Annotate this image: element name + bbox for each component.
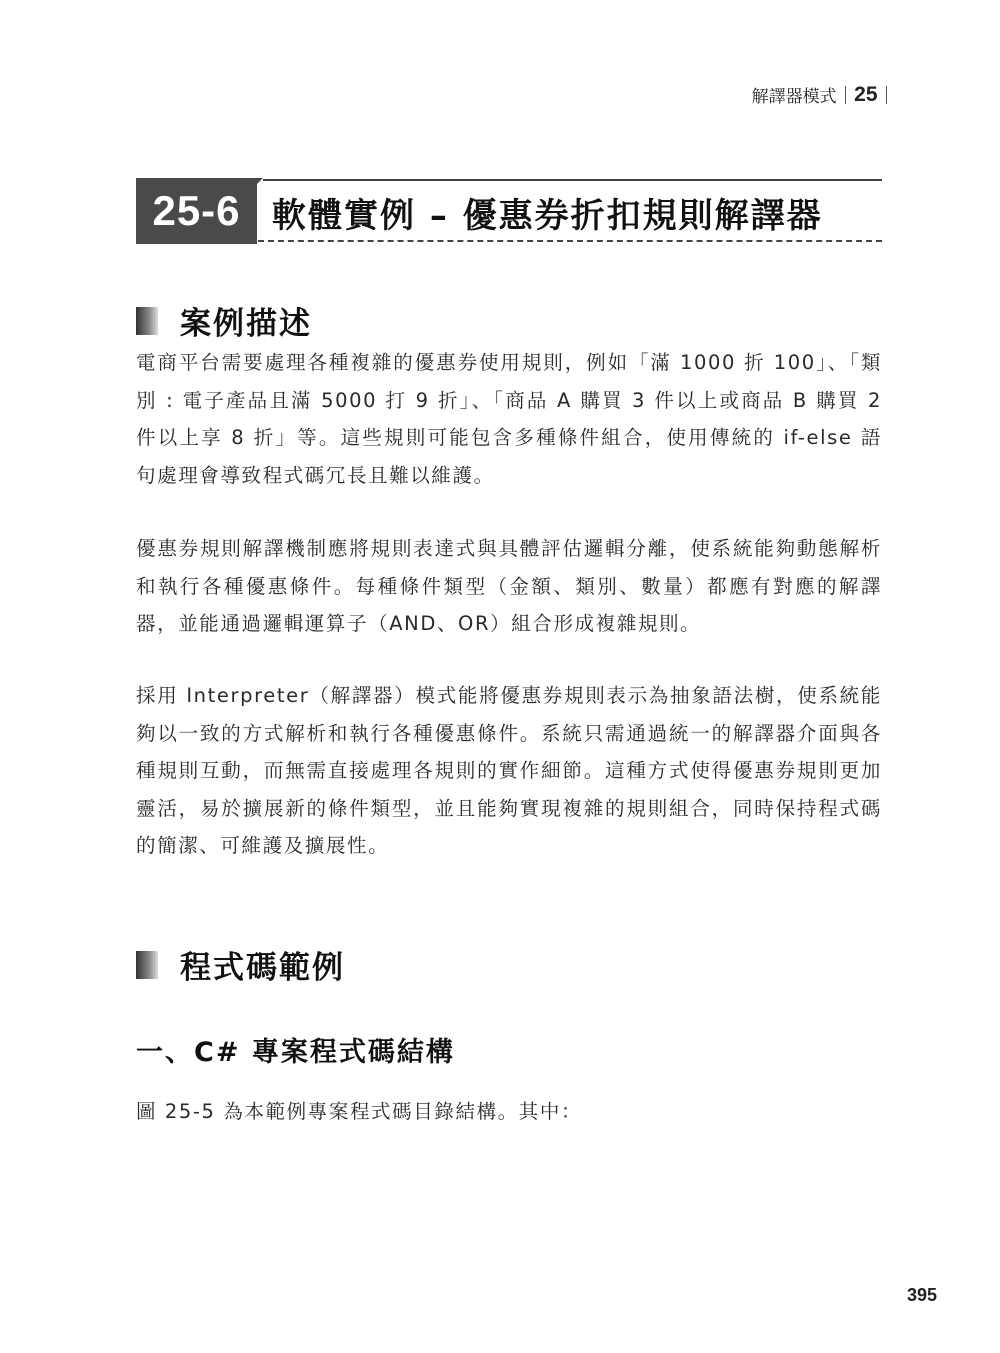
- section-banner: 25-6 軟體實例 – 優惠券折扣規則解譯器: [136, 178, 882, 244]
- heading-text: 案例描述: [180, 298, 312, 343]
- running-header: 解譯器模式 25: [752, 82, 887, 107]
- paragraph-2: 優惠券規則解譯機制應將規則表達式與具體評估邏輯分離，使系統能夠動態解析和執行各種…: [136, 530, 882, 643]
- gradient-square-icon: [136, 307, 158, 335]
- heading-text: 程式碼範例: [180, 942, 345, 987]
- page-number: 395: [907, 1285, 937, 1306]
- section-title: 軟體實例 – 優惠券折扣規則解譯器: [272, 188, 823, 237]
- section-top-rule: [263, 179, 882, 181]
- paragraph-figure-intro: 圖 25-5 為本範例專案程式碼目錄結構。其中：: [136, 1093, 882, 1131]
- section-dashed-rule: [258, 240, 882, 242]
- paragraph-3: 採用 Interpreter（解譯器）模式能將優惠券規則表示為抽象語法樹，使系統…: [136, 677, 882, 865]
- header-divider: [886, 86, 888, 104]
- chapter-number: 25: [854, 83, 877, 107]
- header-divider: [845, 86, 847, 104]
- subheading-project-structure: 一、C# 專案程式碼結構: [136, 1030, 455, 1069]
- gradient-square-icon: [136, 951, 158, 979]
- paragraph-1: 電商平台需要處理各種複雜的優惠券使用規則，例如「滿 1000 折 100」、「類…: [136, 344, 882, 494]
- heading-case-description: 案例描述: [136, 298, 312, 343]
- heading-code-example: 程式碼範例: [136, 942, 345, 987]
- section-number: 25-6: [136, 178, 257, 244]
- chapter-title: 解譯器模式: [752, 82, 837, 107]
